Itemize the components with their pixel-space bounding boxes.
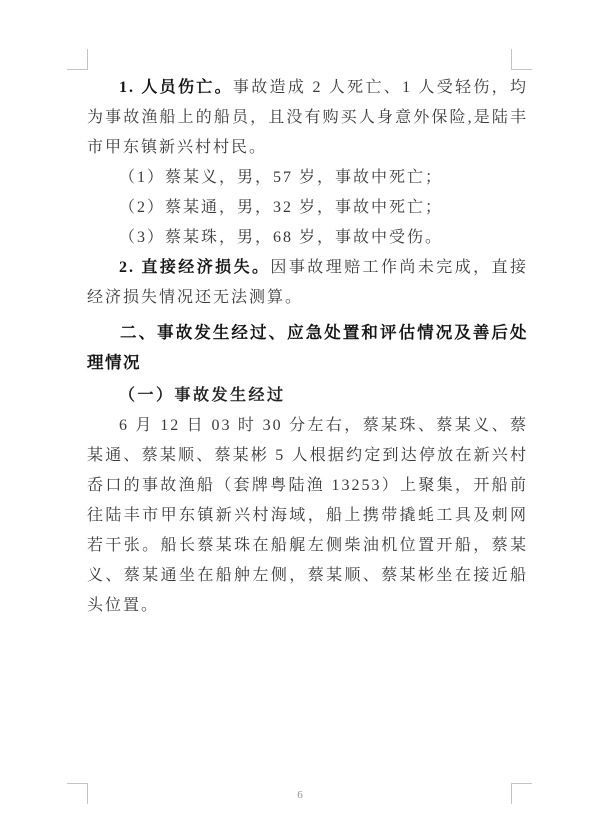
victim-item-3: （3）蔡某珠，男，68 岁，事故中受伤。 xyxy=(87,223,528,253)
subsection-heading-2-1: （一）事故发生经过 xyxy=(87,381,528,411)
paragraph-casualties: 1. 人员伤亡。事故造成 2 人死亡、1 人受轻伤，均为事故渔船上的船员，且没有… xyxy=(87,73,528,163)
page-number: 6 xyxy=(0,789,600,801)
paragraph-accident-narrative: 6 月 12 日 03 时 30 分左右，蔡某珠、蔡某义、蔡某通、蔡某顺、蔡某彬… xyxy=(87,411,528,621)
section-heading-2: 二、事故发生经过、应急处置和评估情况及善后处理情况 xyxy=(87,318,528,378)
victim-item-2: （2）蔡某通，男，32 岁，事故中死亡； xyxy=(87,193,528,223)
document-body: 1. 人员伤亡。事故造成 2 人死亡、1 人受轻伤，均为事故渔船上的船员，且没有… xyxy=(87,73,528,621)
document-page: 1. 人员伤亡。事故造成 2 人死亡、1 人受轻伤，均为事故渔船上的船员，且没有… xyxy=(0,0,600,840)
casualties-heading: 1. 人员伤亡。 xyxy=(119,79,233,96)
text-boundary-mark-top-left xyxy=(67,49,88,70)
economic-loss-heading: 2. 直接经济损失。 xyxy=(119,259,270,276)
paragraph-economic-loss: 2. 直接经济损失。因事故理赔工作尚未完成，直接经济损失情况还无法测算。 xyxy=(87,253,528,313)
victim-item-1: （1）蔡某义，男，57 岁，事故中死亡； xyxy=(87,163,528,193)
text-boundary-mark-top-right xyxy=(511,49,532,70)
